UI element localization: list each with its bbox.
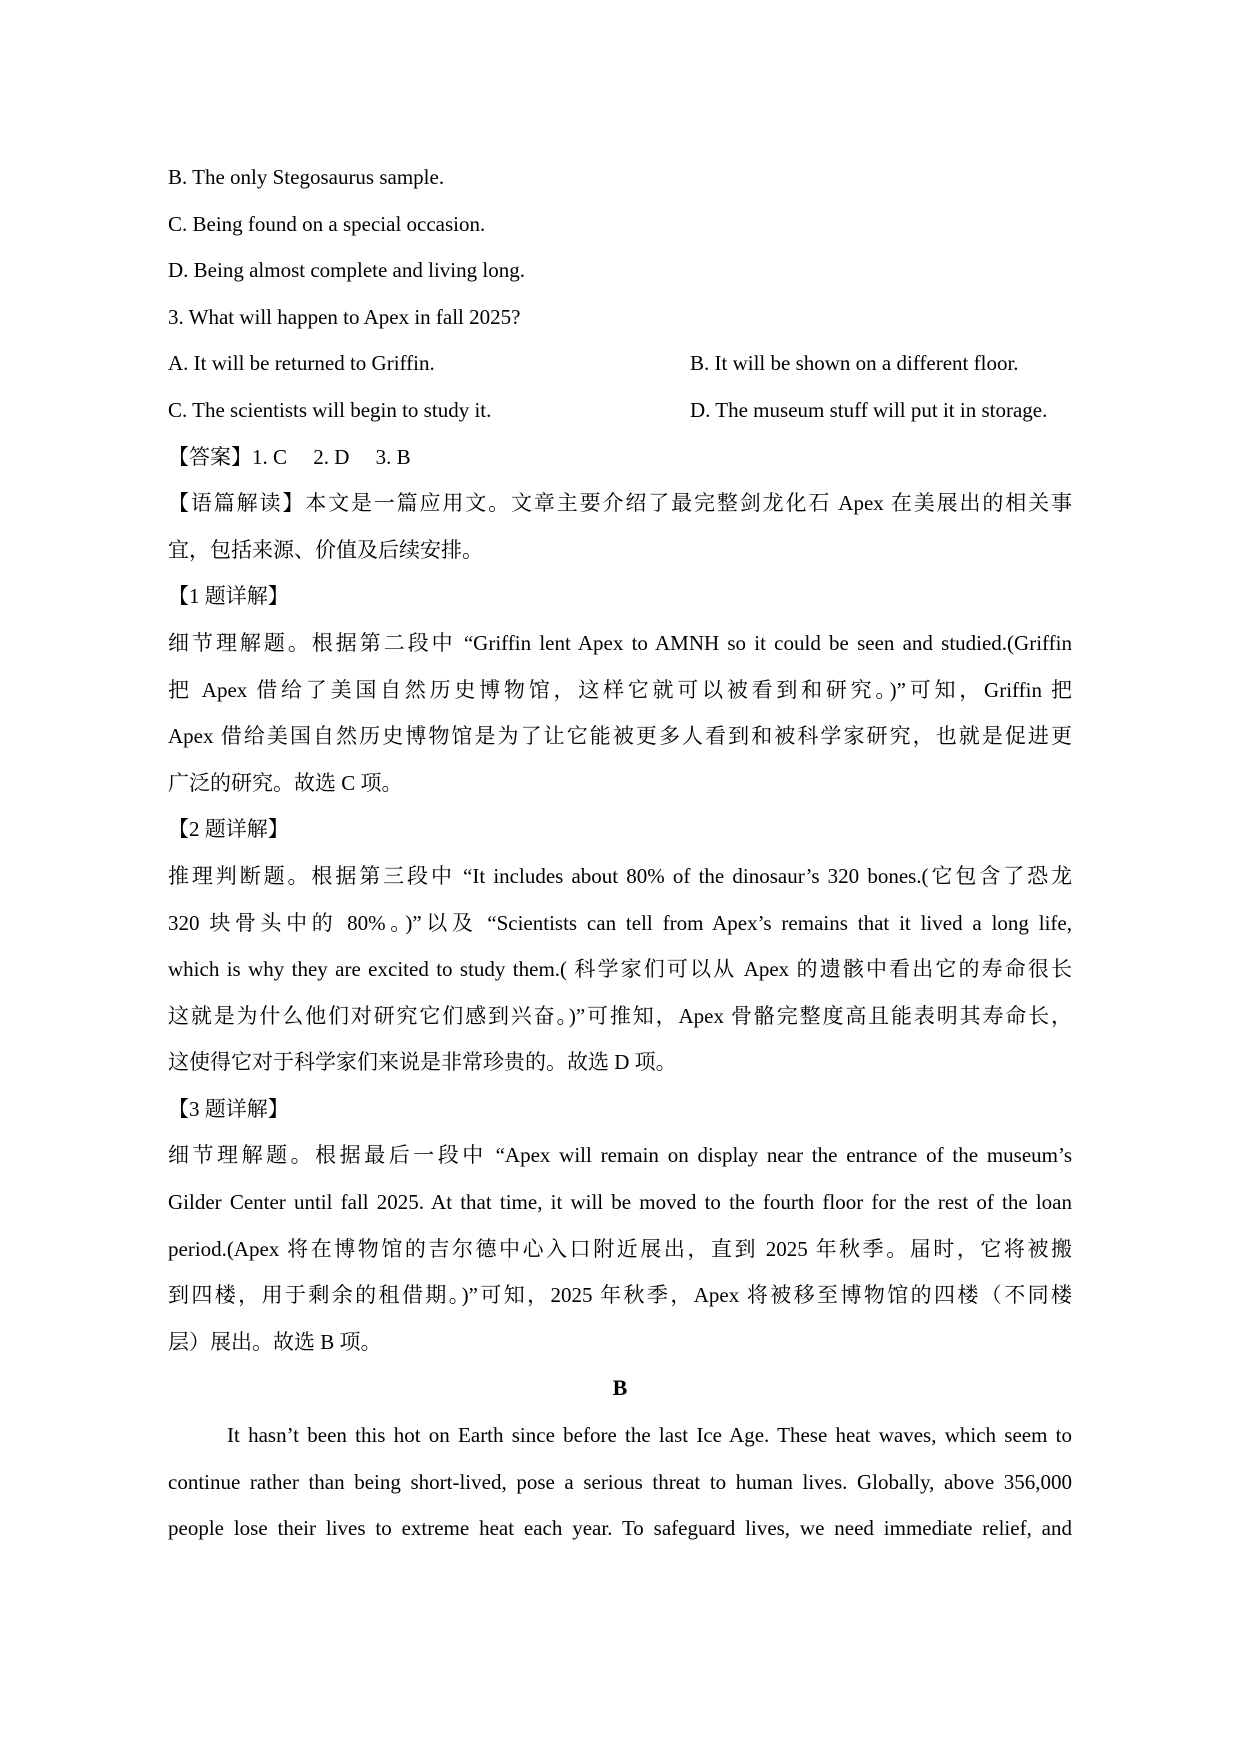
document-body: B. The only Stegosaurus sample.C. Being …	[168, 154, 1072, 1552]
detail-1-header: 【1 题详解】	[168, 573, 1072, 620]
section-b-heading: B	[168, 1365, 1072, 1412]
detail-2-line-1: 推理判断题。根据第三段中 “It includes about 80% of t…	[168, 853, 1072, 900]
passage-b-line-2: continue rather than being short-lived, …	[168, 1459, 1072, 1506]
detail-3-line-1: 细节理解题。根据最后一段中 “Apex will remain on displ…	[168, 1132, 1072, 1179]
detail-3-line-2: Gilder Center until fall 2025. At that t…	[168, 1179, 1072, 1226]
detail-2-header: 【2 题详解】	[168, 806, 1072, 853]
option-d-q2: D. Being almost complete and living long…	[168, 247, 1072, 294]
detail-3-header: 【3 题详解】	[168, 1086, 1072, 1133]
options-q3-row-2-left: C. The scientists will begin to study it…	[168, 387, 491, 434]
detail-2-line-3: which is why they are excited to study t…	[168, 946, 1072, 993]
passage-b-line-1: It hasn’t been this hot on Earth since b…	[168, 1412, 1072, 1459]
detail-1-line-4: 广泛的研究。故选 C 项。	[168, 760, 1072, 807]
detail-3-line-3: period.(Apex 将在博物馆的吉尔德中心入口附近展出，直到 2025 年…	[168, 1226, 1072, 1273]
passage-analysis-line-1: 【语篇解读】本文是一篇应用文。文章主要介绍了最完整剑龙化石 Apex 在美展出的…	[168, 480, 1072, 527]
question-3: 3. What will happen to Apex in fall 2025…	[168, 294, 1072, 341]
options-q3-row-1-right: B. It will be shown on a different floor…	[690, 340, 1019, 387]
detail-2-line-2: 320 块骨头中的 80%。)”以及 “Scientists can tell …	[168, 900, 1072, 947]
detail-3-line-5: 层）展出。故选 B 项。	[168, 1319, 1072, 1366]
option-c-q2: C. Being found on a special occasion.	[168, 201, 1072, 248]
options-q3-row-2-right: D. The museum stuff will put it in stora…	[690, 387, 1047, 434]
options-q3-row-1-left: A. It will be returned to Griffin.	[168, 340, 435, 387]
option-b-q2: B. The only Stegosaurus sample.	[168, 154, 1072, 201]
options-q3-row-1: A. It will be returned to Griffin.B. It …	[168, 340, 1072, 387]
detail-2-line-5: 这使得它对于科学家们来说是非常珍贵的。故选 D 项。	[168, 1039, 1072, 1086]
passage-b-line-3: people lose their lives to extreme heat …	[168, 1505, 1072, 1552]
answer-line: 【答案】1. C 2. D 3. B	[168, 434, 1072, 481]
exam-answer-page: B. The only Stegosaurus sample.C. Being …	[0, 0, 1240, 1754]
detail-1-line-2: 把 Apex 借给了美国自然历史博物馆，这样它就可以被看到和研究。)”可知，Gr…	[168, 667, 1072, 714]
detail-3-line-4: 到四楼，用于剩余的租借期。)”可知，2025 年秋季，Apex 将被移至博物馆的…	[168, 1272, 1072, 1319]
detail-1-line-1: 细节理解题。根据第二段中 “Griffin lent Apex to AMNH …	[168, 620, 1072, 667]
options-q3-row-2: C. The scientists will begin to study it…	[168, 387, 1072, 434]
detail-2-line-4: 这就是为什么他们对研究它们感到兴奋。)”可推知，Apex 骨骼完整度高且能表明其…	[168, 993, 1072, 1040]
detail-1-line-3: Apex 借给美国自然历史博物馆是为了让它能被更多人看到和被科学家研究，也就是促…	[168, 713, 1072, 760]
passage-analysis-line-2: 宜，包括来源、价值及后续安排。	[168, 527, 1072, 574]
